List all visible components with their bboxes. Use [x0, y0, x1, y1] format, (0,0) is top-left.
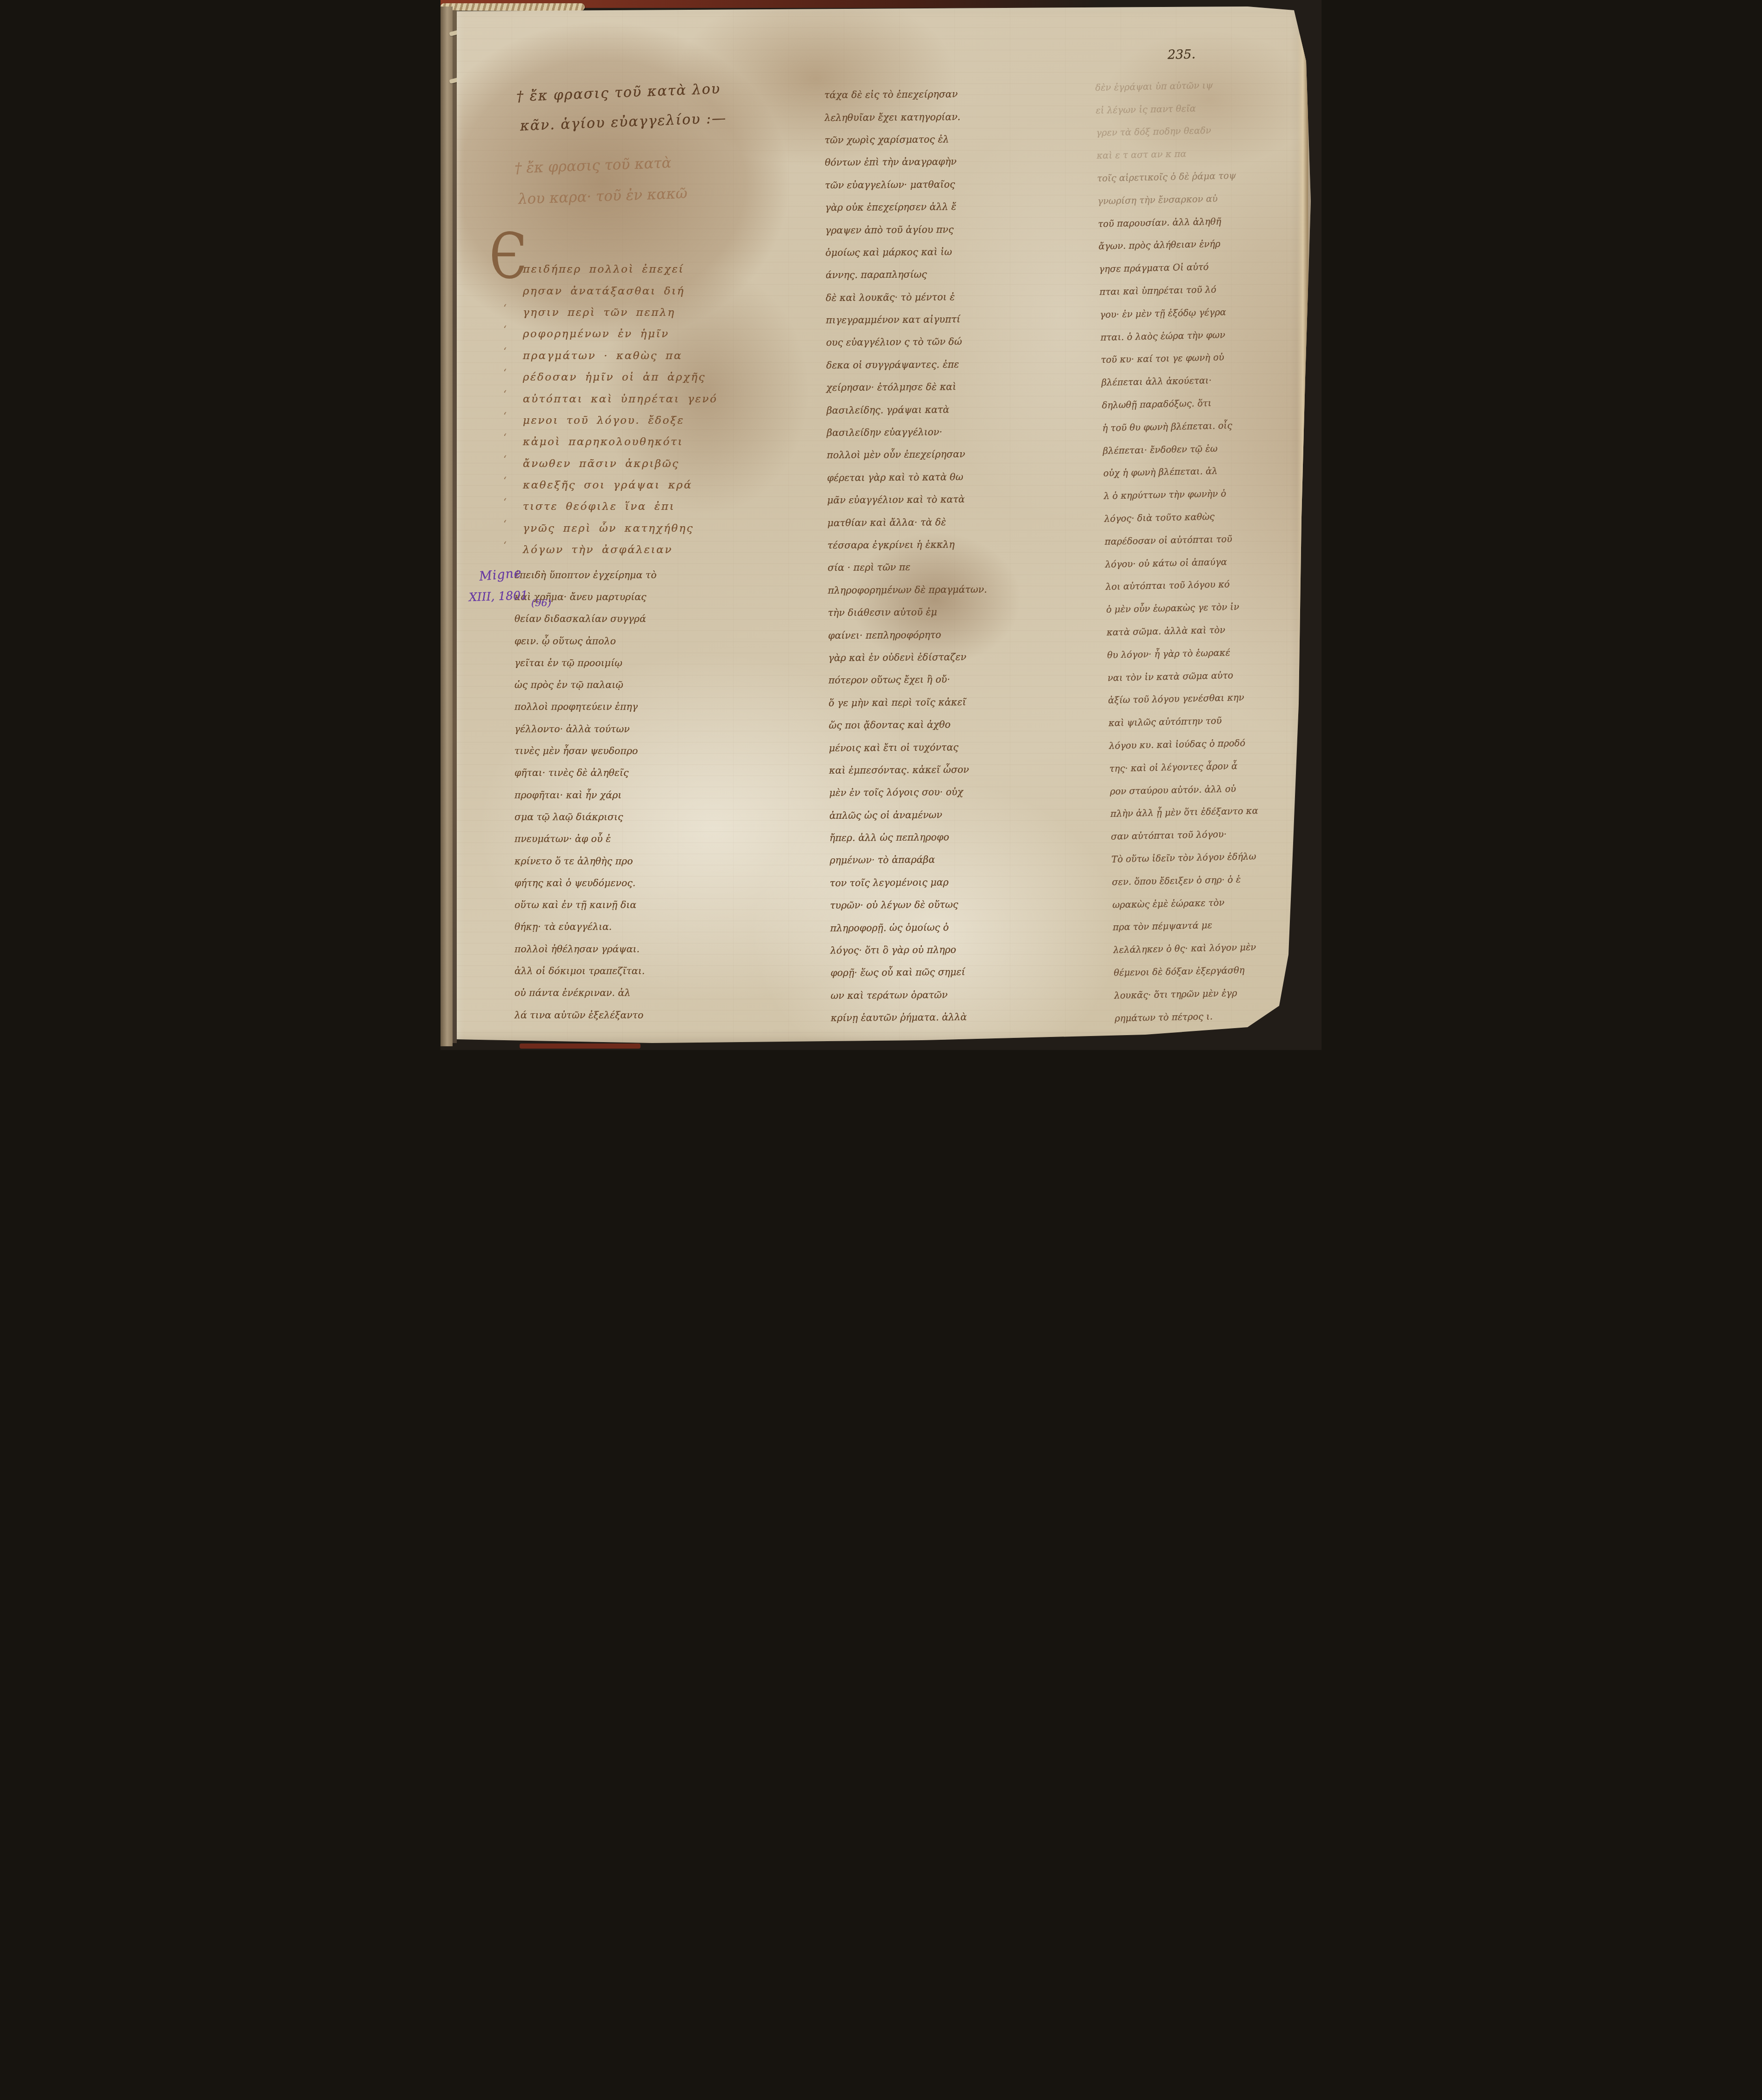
text-line: χείρησαν· ἐτόλμησε δὲ καὶ	[826, 375, 1094, 399]
text-line: τάχα δὲ εἰς τὸ ἐπεχείρησαν	[824, 82, 1092, 106]
line-text: κἀμοὶ παρηκολουθηκότι	[523, 436, 683, 448]
text-line: ρημάτων τὸ πέτρος ι.	[1115, 1003, 1321, 1030]
column-1-lemma: πειδήπερ πολλοὶ ἐπεχείρησαν ἀνατάξασθαι …	[523, 259, 821, 561]
line-text: ους εὐαγγέλιον ς τὸ τῶν δώ	[826, 336, 962, 348]
quotation-hook-icon: ʻ	[503, 540, 508, 552]
line-text: λόγου· οὐ κάτω οἱ ἀπαύγα	[1105, 556, 1227, 569]
quotation-hook-icon: ʻ	[503, 368, 508, 379]
line-text: άννης. παραπλησίως	[826, 269, 927, 281]
text-line: ὥς ποι ᾄδοντας καὶ ἀχθο	[828, 712, 1096, 736]
text-line: ἀλλ οἱ δόκιμοι τραπεζῖται.	[514, 960, 821, 982]
line-text: της· καὶ οἱ λέγοντες ἆρον ἆ	[1109, 761, 1238, 774]
text-line: ὅ γε μὴν καὶ περὶ τοῖς κἀκεῖ	[828, 690, 1096, 714]
line-text: αὐτόπται καὶ ὑπηρέται γενό	[523, 393, 718, 405]
line-text: γρεν τὰ δόξ ποδην θεαδν	[1096, 125, 1211, 138]
folio-number: 235.	[1168, 47, 1196, 62]
text-line: τον τοῖς λεγομένοις μαρ	[830, 870, 1097, 894]
text-line: τυρῶν· οὐ λέγων δὲ οὕτως	[830, 892, 1097, 916]
line-text: πιγεγραμμένον κατ αἰγυπτί	[826, 314, 960, 326]
quotation-hook-icon: ʻ	[503, 497, 508, 508]
text-line: πολλοὶ μὲν οὖν ἐπεχείρησαν	[827, 442, 1094, 466]
quotation-hook-icon: ʻ	[503, 346, 508, 358]
text-line: ματθίαν καὶ ἄλλα· τὰ δὲ	[827, 509, 1095, 534]
ghost-title-line-2: λου καρα· τοῦ ἐν κακῶ	[518, 185, 687, 208]
text-line: πληροφορημένων δὲ πραγμάτων.	[828, 577, 1095, 602]
text-line: πιγεγραμμένον κατ αἰγυπτί	[826, 307, 1093, 331]
text-line: ʻπραγμάτων · καθὼς πα	[523, 345, 821, 367]
text-line: κρίνετο ὅ τε ἀληθὴς προ	[514, 850, 821, 872]
text-line: φῆται· τινὲς δὲ ἀληθεῖς	[514, 762, 821, 784]
text-line: βασιλείδην εὐαγγέλιον·	[827, 420, 1094, 444]
line-text: πρα τὸν πέμψαντά με	[1113, 920, 1212, 932]
line-text: πειδήπερ πολλοὶ ἐπεχεί	[523, 263, 684, 275]
quotation-hook-icon: ʻ	[503, 475, 508, 487]
text-line: ἤπερ. ἀλλ ὡς πεπληροφο	[829, 825, 1097, 849]
quotation-hook-icon: ʻ	[503, 389, 508, 401]
line-text: λουκᾶς· ὅτι τηρῶν μὲν ἐγρ	[1114, 988, 1237, 1001]
text-line: καὶ ἐμπεσόντας. κἀκεῖ ὦσον	[829, 757, 1096, 782]
text-line: τῶν χωρὶς χαρίσματος ἐλ	[825, 127, 1092, 151]
line-text: ματθίαν καὶ ἄλλα· τὰ δὲ	[828, 516, 946, 528]
line-text: μᾶν εὐαγγέλιον καὶ τὸ κατὰ	[827, 494, 965, 506]
text-line: φορῇ· ἕως οὗ καὶ πῶς σημεί	[830, 960, 1098, 984]
text-line: θόντων ἐπὶ τὴν ἀναγραφὴν	[825, 149, 1092, 174]
line-text: γὰρ καὶ ἐν οὐδενὶ ἐδίσταζεν	[828, 651, 967, 663]
line-text: μένοις καὶ ἔτι οἱ τυχόντας	[829, 742, 959, 754]
line-text: φειν. ᾧ οὕτως ἀπολο	[514, 635, 616, 647]
text-line: λά τινα αὐτῶν ἐξελέξαντο	[514, 1004, 821, 1026]
line-text: γησιν περὶ τῶν πεπλη	[523, 307, 675, 319]
line-text: γραψεν ἀπὸ τοῦ ἁγίου πνς	[825, 224, 954, 236]
text-line: άννης. παραπλησίως	[826, 262, 1093, 286]
line-text: λόγων τὴν ἀσφάλειαν	[523, 544, 673, 556]
binding-cord	[453, 10, 457, 1043]
line-text: δὲ καὶ λουκᾶς· τὸ μέντοι ἐ	[826, 291, 955, 303]
line-text: ἀλλ οἱ δόκιμοι τραπεζῖται.	[514, 965, 645, 976]
text-line: σία · περὶ τῶν πε	[828, 555, 1095, 579]
text-line: προφῆται· καὶ ἦν χάρι	[514, 784, 821, 806]
parchment-page: 235. † ἔκ φρασις τοῦ κατὰ λου κᾶν. ἁγίου…	[457, 6, 1312, 1047]
text-line: μὲν ἐν τοῖς λόγοις σου· οὐχ	[829, 780, 1096, 804]
line-text: θόντων ἐπὶ τὴν ἀναγραφὴν	[825, 156, 956, 168]
line-text: σία · περὶ τῶν πε	[828, 562, 910, 573]
line-text: θυ λόγον· ἦ γὰρ τὸ ἑωρακέ	[1107, 647, 1230, 661]
column-2: τάχα δὲ εἰς τὸ ἐπεχείρησανλεληθυῖαν ἔχει…	[824, 82, 1098, 1029]
line-text: τέσσαρα ἐγκρίνει ἡ ἐκκλη	[828, 539, 955, 551]
quotation-hook-icon: ʻ	[503, 324, 508, 336]
ghost-title-line-1: † ἔκ φρασις τοῦ κατὰ	[514, 154, 671, 177]
line-text: οὐ πάντα ἐνέκριναν. ἀλ	[514, 987, 630, 998]
text-line: πολλοὶ προφητεύειν ἐπηγ	[514, 696, 821, 718]
text-line: μᾶν εὐαγγέλιον καὶ τὸ κατὰ	[827, 487, 1095, 511]
line-text: λοι αὐτόπται τοῦ λόγου κό	[1106, 579, 1230, 593]
text-line: γὰρ οὐκ ἐπεχείρησεν ἀλλ ἔ	[825, 194, 1093, 219]
line-text: ἄγων. πρὸς ἀλήθειαν ἐνήρ	[1098, 239, 1220, 252]
text-line: λουκᾶς· ὅτι τηρῶν μὲν ἐγρ	[1114, 980, 1321, 1007]
line-text: ὅ γε μὴν καὶ περὶ τοῖς κἀκεῖ	[828, 696, 966, 709]
line-text: ὁμοίως καὶ μάρκος καὶ ἰω	[825, 246, 952, 258]
line-text: ἁπλῶς ὡς οἱ ἀναμένων	[829, 809, 942, 821]
line-text: γὰρ οὐκ ἐπεχείρησεν ἀλλ ἔ	[825, 201, 956, 213]
line-text: πλὴν ἀλλ ᾗ μὲν ὅτι ἐδέξαντο κα	[1110, 805, 1258, 819]
line-text: οὕτω καὶ ἐν τῇ καινῇ δια	[514, 899, 636, 910]
line-text: φορῇ· ἕως οὗ καὶ πῶς σημεί	[830, 966, 965, 978]
text-line: ων καὶ τεράτων ὁρατῶν	[831, 983, 1098, 1007]
text-line: φαίνει· πεπληροφόρητο	[828, 622, 1095, 646]
line-text: φαίνει· πεπληροφόρητο	[828, 629, 941, 641]
line-text: ων καὶ τεράτων ὁρατῶν	[831, 989, 948, 1001]
line-text: τιστε θεόφιλε ἵνα ἐπι	[523, 501, 675, 513]
line-text: πότερον οὕτως ἔχει ἢ οὔ·	[828, 674, 950, 686]
title-line-1: † ἔκ φρασις τοῦ κατὰ λου	[516, 81, 721, 105]
line-text: εἰ λέγων ἰς παντ θεῖα	[1095, 103, 1196, 116]
text-line: ʻἄνωθεν πᾶσιν ἀκριβῶς	[523, 453, 821, 475]
line-text: ἐπειδὴ ὕποπτον ἐγχείρημα τὸ	[514, 569, 656, 581]
line-text: κρίνῃ ἑαυτῶν ῥήματα. ἀλλὰ	[831, 1011, 967, 1023]
line-text: Τὸ οὕτω ἰδεῖν τὸν λόγον ἐδήλω	[1111, 851, 1256, 865]
text-line: μένοις καὶ ἔτι οἱ τυχόντας	[829, 735, 1096, 759]
line-text: πνευμάτων· ἀφ οὗ ἐ	[514, 833, 611, 844]
text-line: ὁμοίως καὶ μάρκος καὶ ἰω	[825, 240, 1093, 264]
text-line: ʻκαθεξῆς σοι γράψαι κρά	[523, 475, 821, 496]
line-text: γου· ἐν μὲν τῇ ἐξόδῳ γέγρα	[1100, 307, 1226, 320]
initial-epsilon: Є	[489, 225, 527, 288]
line-text: δηλωθῇ παραδόξως. ὅτι	[1102, 398, 1212, 411]
line-text: καὶ ψιλῶς αὐτόπτην τοῦ	[1108, 716, 1222, 729]
line-text: λά τινα αὐτῶν ἐξελέξαντο	[514, 1010, 643, 1021]
text-line: φήτης καὶ ὁ ψευδόμενος.	[514, 872, 821, 894]
line-text: ἀξίω τοῦ λόγου γενέσθαι κην	[1108, 692, 1244, 706]
quotation-hook-icon: ʻ	[503, 519, 508, 530]
line-text: τῶν εὐαγγελίων· ματθαῖος	[825, 179, 955, 191]
line-text: πολλοὶ ἠθέλησαν γράψαι.	[514, 943, 640, 955]
line-text: θείαν διδασκαλίαν συγγρά	[514, 613, 646, 624]
line-text: θέμενοι δὲ δόξαν ἐξεργάσθη	[1114, 965, 1245, 978]
line-text: τὴν διάθεσιν αὐτοῦ ἐμ	[828, 607, 937, 619]
line-text: τῶν χωρὶς χαρίσματος ἐλ	[825, 134, 949, 146]
line-text: πται. ὁ λαὸς ἑώρα τὴν φων	[1101, 329, 1226, 343]
text-line: φειν. ᾧ οὕτως ἀπολο	[514, 630, 821, 652]
title-line-2: κᾶν. ἁγίου εὐαγγελίου :—	[520, 110, 727, 134]
text-line: ʻαὐτόπται καὶ ὑπηρέται γενό	[523, 388, 821, 409]
text-line: δεκα οἱ συγγράψαντες. ἐπε	[826, 352, 1094, 376]
line-text: χείρησαν· ἐτόλμησε δὲ καὶ	[826, 381, 956, 393]
line-text: μὲν ἐν τοῖς λόγοις σου· οὐχ	[829, 786, 963, 798]
column-3: δὲν ἐγράψαι ὑπ αὐτῶν ιψεἰ λέγων ἰς παντ …	[1095, 72, 1321, 1030]
line-text: κατὰ σῶμα. ἀλλὰ καὶ τὸν	[1107, 624, 1225, 637]
line-text: σεν. ὅπου ἔδειξεν ὁ σηρ· ὁ ἑ	[1112, 874, 1241, 888]
line-text: καθεξῆς σοι γράψαι κρά	[523, 479, 692, 491]
line-text: μενοι τοῦ λόγου. ἔδοξε	[523, 415, 684, 427]
line-text: ρημένων· τὸ ἀπαράβα	[830, 854, 935, 866]
text-line: ἐπειδὴ ὕποπτον ἐγχείρημα τὸ	[514, 564, 821, 586]
line-text: γησε πράγματα Οἱ αὐτό	[1099, 261, 1208, 274]
line-text: βλέπεται ἀλλ ἀκούεται·	[1101, 375, 1212, 388]
line-text: δεκα οἱ συγγράψαντες. ἐπε	[826, 359, 959, 371]
text-line: ʻρέδοσαν ἡμῖν οἱ ἀπ ἀρχῆς	[523, 367, 821, 388]
migne-reference: XIII, 1801	[469, 589, 528, 604]
text-line: γεῖται ἐν τῷ προοιμίῳ	[514, 652, 821, 674]
line-text: φῆται· τινὲς δὲ ἀληθεῖς	[514, 767, 629, 778]
line-text: ἡ τοῦ θυ φωνὴ βλέπεται. οἷς	[1102, 420, 1233, 434]
book-cover-edge-bottom	[520, 1043, 641, 1049]
quotation-hook-icon: ʻ	[503, 432, 508, 444]
text-line: κρίνῃ ἑαυτῶν ῥήματα. ἀλλὰ	[831, 1005, 1098, 1029]
line-text: καὶ ἐμπεσόντας. κἀκεῖ ὦσον	[829, 764, 969, 776]
line-text: γνωρίση τὴν ἔνσαρκον αὐ	[1097, 193, 1218, 206]
line-text: πολλοὶ προφητεύειν ἐπηγ	[514, 701, 638, 712]
line-text: ὡς πρὸς ἐν τῷ παλαιῷ	[514, 679, 623, 690]
text-line: βασιλείδης. γράψαι κατὰ	[827, 397, 1094, 421]
line-text: οὐχ ἡ φωνὴ βλέπεται. ἀλ	[1103, 466, 1218, 479]
text-line: οὐ πάντα ἐνέκριναν. ἀλ	[514, 982, 821, 1004]
line-text: λ ὁ κηρύττων τὴν φωνὴν ὁ	[1104, 488, 1227, 502]
text-line: ʻγνῶς περὶ ὧν κατηχήθης	[523, 518, 821, 539]
text-line: λεληθυῖαν ἔχει κατηγορίαν.	[824, 104, 1092, 128]
line-text: πληροφορῇ. ὡς ὁμοίως ὁ	[830, 922, 949, 934]
text-line: γραψεν ἀπὸ τοῦ ἁγίου πνς	[825, 217, 1093, 241]
line-text: βασιλείδην εὐαγγέλιον·	[827, 426, 942, 438]
text-line: δὲ καὶ λουκᾶς· τὸ μέντοι ἐ	[826, 284, 1093, 308]
text-line: καὶ χρῆμα· ἄνευ μαρτυρίας	[514, 586, 821, 608]
text-line: ους εὐαγγέλιον ς τὸ τῶν δώ	[826, 329, 1094, 354]
line-text: φήτης καὶ ὁ ψευδόμενος.	[514, 877, 635, 889]
line-text: τυρῶν· οὐ λέγων δὲ οὕτως	[830, 899, 958, 911]
line-text: γεῖται ἐν τῷ προοιμίῳ	[514, 657, 622, 669]
column-1-commentary: ἐπειδὴ ὕποπτον ἐγχείρημα τὸκαὶ χρῆμα· ἄν…	[514, 564, 821, 1026]
line-text: πραγμάτων · καθὼς πα	[523, 350, 682, 362]
line-text: ναι τὸν ἰν κατὰ σῶμα αὐτο	[1108, 670, 1233, 683]
line-text: ωρακὼς ἐμὲ ἑώρακε τὸν	[1112, 897, 1224, 910]
text-line: ρησαν ἀνατάξασθαι διή	[523, 280, 821, 301]
line-text: προφῆται· καὶ ἦν χάρι	[514, 789, 621, 801]
line-text: πται καὶ ὑπηρέται τοῦ λό	[1099, 284, 1216, 297]
text-line: πληροφορῇ. ὡς ὁμοίως ὁ	[830, 915, 1097, 939]
line-text: πολλοὶ μὲν οὖν ἐπεχείρησαν	[827, 448, 965, 461]
line-text: φέρεται γὰρ καὶ τὸ κατὰ θω	[827, 471, 963, 483]
text-line: γὰρ καὶ ἐν οὐδενὶ ἐδίσταζεν	[828, 645, 1095, 669]
text-line: ʻκἀμοὶ παρηκολουθηκότι	[523, 431, 821, 453]
line-text: τάχα δὲ εἰς τὸ ἐπεχείρησαν	[824, 88, 958, 100]
text-line: θήκῃ· τὰ εὐαγγέλια.	[514, 916, 821, 938]
text-line: λελάληκεν ὁ θς· καὶ λόγον μὲν	[1113, 934, 1321, 961]
line-text: ἤπερ. ἀλλ ὡς πεπληροφο	[829, 831, 949, 843]
line-text: ροφορημένων ἐν ἡμῖν	[523, 328, 669, 340]
line-text: πληροφορημένων δὲ πραγμάτων.	[828, 583, 988, 595]
migne-paren-number: (96)	[531, 597, 551, 609]
line-text: λόγος· ὅτι ὃ γὰρ οὐ πληρο	[830, 944, 956, 956]
text-line: σμα τῷ λαῷ διάκρισις	[514, 806, 821, 828]
line-text: τοῦ κυ· καί τοι γε φωνὴ οὐ	[1101, 352, 1224, 366]
line-text: καὶ ε τ αστ αν κ πα	[1096, 148, 1187, 161]
line-text: ρέδοσαν ἡμῖν οἱ ἀπ ἀρχῆς	[523, 371, 706, 383]
line-text: σμα τῷ λαῷ διάκρισις	[514, 811, 623, 823]
line-text: παρέδοσαν οἱ αὐτόπται τοῦ	[1105, 534, 1232, 547]
text-line: ʻτιστε θεόφιλε ἵνα ἐπι	[523, 496, 821, 517]
text-line: ʻγησιν περὶ τῶν πεπλη	[523, 302, 821, 323]
line-text: κρίνετο ὅ τε ἀληθὴς προ	[514, 856, 633, 867]
text-line: τινὲς μὲν ἦσαν ψευδοπρο	[514, 740, 821, 762]
quotation-hook-icon: ʻ	[503, 411, 508, 422]
text-line: ρημένων· τὸ ἀπαράβα	[829, 847, 1097, 871]
line-text: λόγος· διὰ τοῦτο καθὼς	[1104, 511, 1215, 524]
text-line: πολλοὶ ἠθέλησαν γράψαι.	[514, 938, 821, 960]
text-line: οὕτω καὶ ἐν τῇ καινῇ δια	[514, 894, 821, 916]
text-line: τέσσαρα ἐγκρίνει ἡ ἐκκλη	[828, 532, 1095, 556]
line-text: ρον σταύρου αὐτόν. ἀλλ οὐ	[1110, 783, 1236, 797]
text-line: φέρεται γὰρ καὶ τὸ κατὰ θω	[827, 465, 1095, 489]
line-text: ὥς ποι ᾄδοντας καὶ ἀχθο	[829, 719, 951, 731]
line-text: βλέπεται· ἔνδοθεν τῷ ἑω	[1103, 443, 1218, 456]
line-text: δὲν ἐγράψαι ὑπ αὐτῶν ιψ	[1095, 80, 1213, 93]
text-line: ʻμενοι τοῦ λόγου. ἔδοξε	[523, 410, 821, 431]
line-text: ἄνωθεν πᾶσιν ἀκριβῶς	[523, 458, 680, 470]
text-line: θέμενοι δὲ δόξαν ἐξεργάσθη	[1114, 957, 1321, 984]
text-line: λόγος· ὅτι ὃ γὰρ οὐ πληρο	[830, 937, 1098, 962]
line-text: βασιλείδης. γράψαι κατὰ	[827, 404, 949, 416]
line-text: λόγου κυ. καὶ ἰούδας ὁ προδό	[1109, 738, 1246, 751]
line-text: τινὲς μὲν ἦσαν ψευδοπρο	[514, 745, 638, 756]
line-text: γνῶς περὶ ὧν κατηχήθης	[523, 522, 694, 535]
text-line: πειδήπερ πολλοὶ ἐπεχεί	[523, 259, 821, 280]
text-line: πότερον οὕτως ἔχει ἢ οὔ·	[828, 667, 1096, 691]
quotation-hook-icon: ʻ	[503, 454, 508, 466]
line-text: ρησαν ἀνατάξασθαι διή	[523, 285, 685, 297]
text-line: πρα τὸν πέμψαντά με	[1113, 911, 1321, 938]
text-line: ʻροφορημένων ἐν ἡμῖν	[523, 323, 821, 345]
line-text: τοῖς αἱρετικοῖς ὁ δὲ ῥάμα τοψ	[1097, 170, 1236, 184]
line-text: ρημάτων τὸ πέτρος ι.	[1115, 1011, 1213, 1023]
line-text: σαν αὐτόπται τοῦ λόγου·	[1111, 829, 1227, 842]
text-line: τὴν διάθεσιν αὐτοῦ ἐμ	[828, 600, 1095, 624]
line-text: ὁ μὲν οὖν ἑωρακὼς γε τὸν ἰν	[1106, 602, 1239, 615]
text-line: γέλλοντο· ἀλλὰ τούτων	[514, 718, 821, 740]
line-text: λελάληκεν ὁ θς· καὶ λόγον μὲν	[1113, 942, 1256, 955]
text-line: θείαν διδασκαλίαν συγγρά	[514, 608, 821, 630]
line-text: τον τοῖς λεγομένοις μαρ	[830, 876, 949, 889]
text-line: ὡς πρὸς ἐν τῷ παλαιῷ	[514, 674, 821, 696]
text-line: πνευμάτων· ἀφ οὗ ἐ	[514, 828, 821, 850]
quotation-hook-icon: ʻ	[503, 303, 508, 314]
line-text: γέλλοντο· ἀλλὰ τούτων	[514, 723, 630, 735]
line-text: θήκῃ· τὰ εὐαγγέλια.	[514, 921, 612, 932]
binding-gutter	[440, 7, 453, 1046]
text-line: τῶν εὐαγγελίων· ματθαῖος	[825, 172, 1092, 196]
line-text: τοῦ παρουσίαν. ἀλλ ἀληθῆ	[1098, 216, 1221, 229]
text-line: ʻλόγων τὴν ἀσφάλειαν	[523, 539, 821, 561]
manuscript-photo: 235. † ἔκ φρασις τοῦ κατὰ λου κᾶν. ἁγίου…	[440, 0, 1321, 1050]
line-text: λεληθυῖαν ἔχει κατηγορίαν.	[824, 111, 960, 123]
text-line: ἁπλῶς ὡς οἱ ἀναμένων	[829, 802, 1097, 826]
endband-braid	[440, 3, 585, 11]
